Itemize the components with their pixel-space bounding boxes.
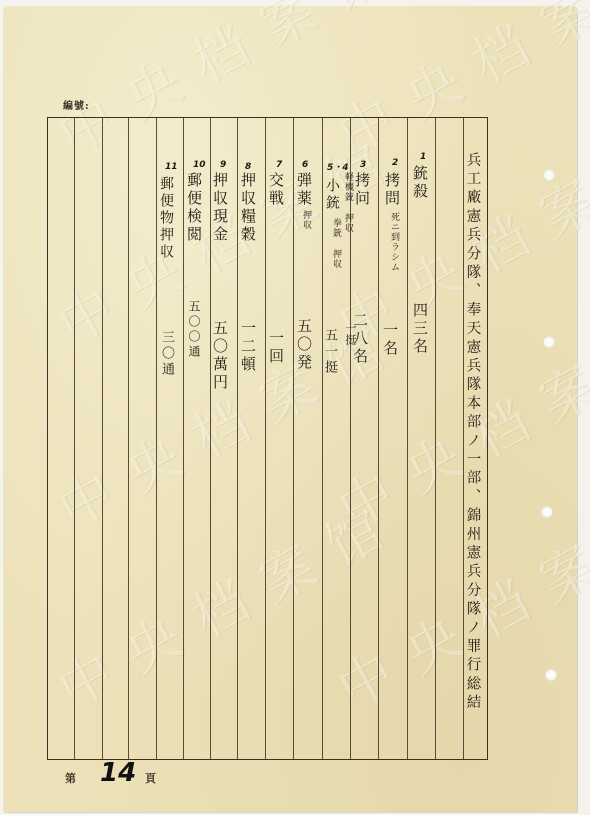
column-rule (156, 118, 157, 759)
entry-count: 一回 (268, 330, 283, 366)
entry-index: 8 (245, 162, 251, 172)
entry-index: 11 (165, 162, 178, 172)
column-rule (183, 118, 184, 759)
entry-count: 一二頓 (240, 320, 255, 374)
entry-item: 拷问 (354, 172, 369, 208)
page-suffix-label: 頁 (145, 770, 156, 786)
punch-hole (545, 669, 557, 681)
page-prefix-label: 第 (65, 770, 76, 786)
entry-count: 五〇萬円 (212, 320, 227, 392)
entry-count: 五〇発 (296, 318, 311, 372)
entry-count: 一名 (382, 322, 397, 358)
punch-hole (541, 506, 553, 518)
entry-item: 交戦 (268, 172, 283, 208)
ruled-form-grid (47, 117, 488, 760)
entry-item: 押収糧穀 (240, 172, 255, 244)
entry-note: 死ニ到ラシム (388, 212, 401, 272)
entry-count: 一挺 (342, 322, 358, 346)
entry-index: 10 (193, 160, 206, 170)
entry-note: 軽機銃 押収 (342, 172, 355, 233)
punch-hole (543, 336, 555, 348)
column-rule (102, 118, 103, 759)
entry-index: 7 (276, 160, 282, 170)
entry-item: 郵便物押収 (159, 176, 173, 261)
entry-item: 小銃 (325, 178, 339, 212)
entry-item: 押収現金 (212, 172, 227, 244)
column-rule (265, 118, 266, 759)
entry-item: 郵便検閲 (186, 172, 201, 244)
entry-count: 五一挺 (323, 328, 336, 376)
column-rule (322, 118, 323, 759)
entry-item: 銃殺 (412, 165, 427, 201)
entry-index: 1 (420, 152, 426, 162)
column-rule (407, 118, 408, 759)
entry-count: 三〇通 (160, 330, 173, 378)
column-rule (74, 118, 75, 759)
entry-index: 2 (392, 158, 398, 168)
column-rule (463, 118, 464, 759)
punch-hole (543, 169, 555, 181)
column-rule (128, 118, 129, 759)
serial-number-label: 編號: (63, 97, 90, 112)
scan-background-strip (577, 0, 590, 815)
column-rule (293, 118, 294, 759)
entry-index: 3 (360, 160, 366, 170)
entry-count: 五〇〇通 (188, 300, 200, 360)
entry-item: 拷問 (384, 172, 399, 208)
entry-index: 6 (302, 160, 308, 170)
entry-index: 9 (220, 160, 226, 170)
column-rule (435, 118, 436, 759)
entry-note: 拳銃 押収 (330, 218, 343, 269)
entry-count: 四三名 (412, 302, 427, 356)
entry-note: 押収 (300, 210, 313, 230)
entry-item: 弾薬 (296, 172, 311, 208)
column-rule (378, 118, 379, 759)
page-number: 14 (100, 758, 136, 788)
document-title-column: 兵工廠憲兵分隊、奉天憲兵隊本部ノ一部、錦州憲兵分隊ノ罪行総結 (465, 152, 480, 713)
column-rule (237, 118, 238, 759)
